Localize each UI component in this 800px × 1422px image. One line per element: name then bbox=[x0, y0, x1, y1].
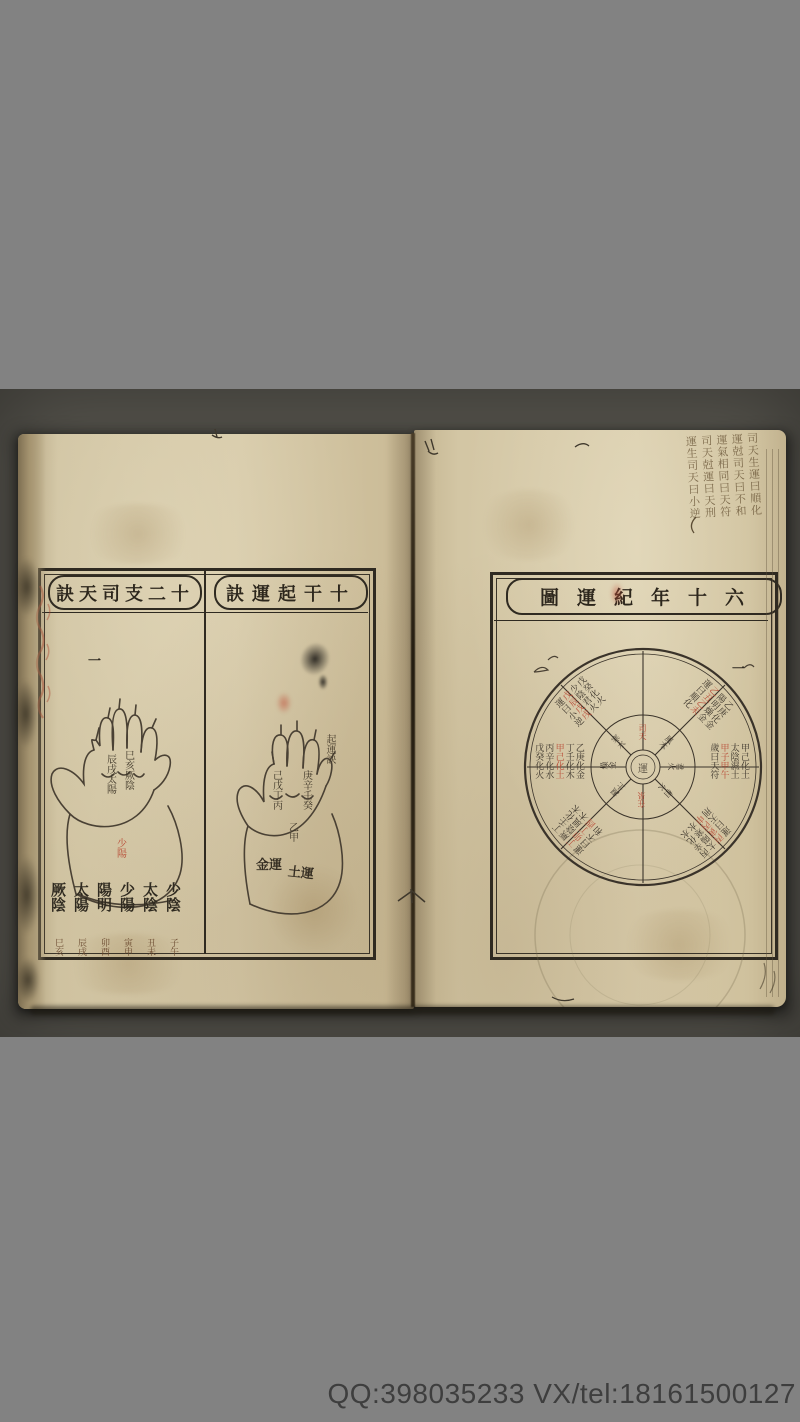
photo-marks-svg bbox=[0, 389, 800, 1037]
photo-background: 訣天司支二十 訣運起干十 一 bbox=[0, 389, 800, 1037]
screenshot-root: 訣天司支二十 訣運起干十 一 bbox=[0, 0, 800, 1422]
watermark-text: QQ:398035233 VX/tel:18161500127 bbox=[327, 1378, 796, 1410]
